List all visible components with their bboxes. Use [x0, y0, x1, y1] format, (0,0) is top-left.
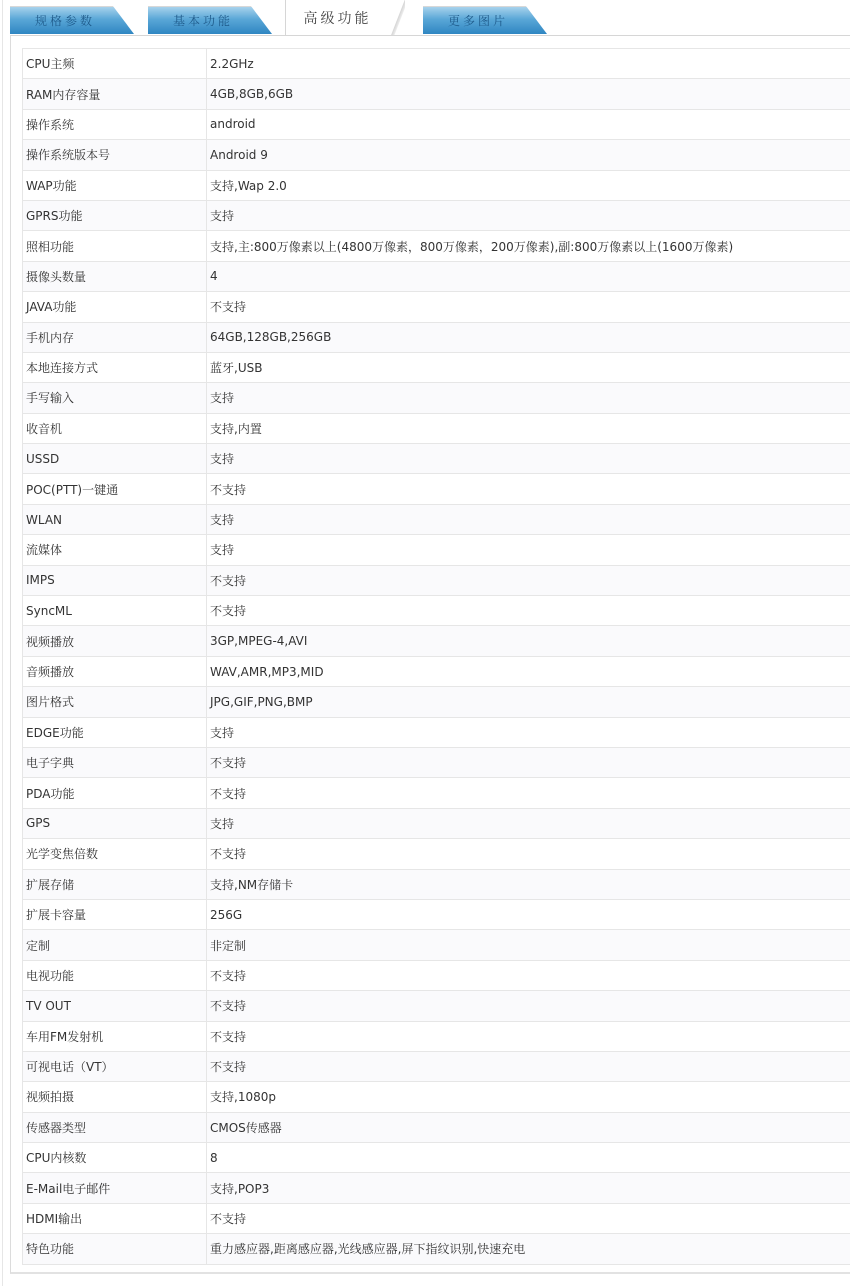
table-row: GPS支持 [23, 808, 850, 838]
spec-key: WAP功能 [23, 170, 207, 200]
spec-key: 手机内存 [23, 322, 207, 352]
spec-key: CPU内核数 [23, 1143, 207, 1173]
spec-key: TV OUT [23, 991, 207, 1021]
spec-key: JAVA功能 [23, 292, 207, 322]
spec-key: GPRS功能 [23, 200, 207, 230]
spec-key: 定制 [23, 930, 207, 960]
spec-key: 可视电话（VT） [23, 1051, 207, 1081]
spec-value: 非定制 [207, 930, 850, 960]
spec-key: PDA功能 [23, 778, 207, 808]
spec-value: 不支持 [207, 596, 850, 626]
spec-value: 不支持 [207, 474, 850, 504]
table-row: 特色功能重力感应器,距离感应器,光线感应器,屏下指纹识别,快速充电 [23, 1234, 850, 1264]
spec-value: 支持,主:800万像素以上(4800万像素，800万像素，200万像素),副:8… [207, 231, 850, 261]
table-row: 可视电话（VT）不支持 [23, 1051, 850, 1081]
spec-key: USSD [23, 444, 207, 474]
spec-value: 支持,POP3 [207, 1173, 850, 1203]
spec-value: 支持,1080p [207, 1082, 850, 1112]
table-row: TV OUT不支持 [23, 991, 850, 1021]
table-row: PDA功能不支持 [23, 778, 850, 808]
spec-value: 不支持 [207, 960, 850, 990]
spec-key: 扩展卡容量 [23, 899, 207, 929]
table-row: RAM内存容量4GB,8GB,6GB [23, 79, 850, 109]
tab-more-images[interactable]: 更多图片 [423, 6, 547, 34]
spec-value: 3GP,MPEG-4,AVI [207, 626, 850, 656]
table-row: E-Mail电子邮件支持,POP3 [23, 1173, 850, 1203]
spec-key: HDMI输出 [23, 1203, 207, 1233]
spec-key: 手写输入 [23, 383, 207, 413]
spec-key: GPS [23, 808, 207, 838]
table-row: WLAN支持 [23, 504, 850, 534]
table-row: 视频播放3GP,MPEG-4,AVI [23, 626, 850, 656]
spec-key: 扩展存储 [23, 869, 207, 899]
spec-key: 操作系统版本号 [23, 140, 207, 170]
tab-label: 基本功能 [173, 12, 233, 29]
table-row: 流媒体支持 [23, 535, 850, 565]
spec-value: 不支持 [207, 565, 850, 595]
spec-value: 4GB,8GB,6GB [207, 79, 850, 109]
spec-value: 不支持 [207, 1021, 850, 1051]
spec-key: 视频拍摄 [23, 1082, 207, 1112]
table-row: 视频拍摄支持,1080p [23, 1082, 850, 1112]
spec-key: 音频播放 [23, 656, 207, 686]
spec-value: 不支持 [207, 1203, 850, 1233]
spec-key: 本地连接方式 [23, 352, 207, 382]
spec-key: IMPS [23, 565, 207, 595]
table-row: 扩展卡容量256G [23, 899, 850, 929]
spec-value: 8 [207, 1143, 850, 1173]
spec-value: 不支持 [207, 292, 850, 322]
spec-key: 电视功能 [23, 960, 207, 990]
spec-key: CPU主频 [23, 49, 207, 79]
table-row: 操作系统android [23, 109, 850, 139]
table-row: 手机内存64GB,128GB,256GB [23, 322, 850, 352]
spec-value: 支持 [207, 383, 850, 413]
spec-key: 特色功能 [23, 1234, 207, 1264]
spec-key: SyncML [23, 596, 207, 626]
table-row: 手写输入支持 [23, 383, 850, 413]
spec-key: 摄像头数量 [23, 261, 207, 291]
table-row: 扩展存储支持,NM存储卡 [23, 869, 850, 899]
table-row: SyncML不支持 [23, 596, 850, 626]
table-row: 收音机支持,内置 [23, 413, 850, 443]
spec-key: 车用FM发射机 [23, 1021, 207, 1051]
spec-key: EDGE功能 [23, 717, 207, 747]
spec-value: 不支持 [207, 1051, 850, 1081]
spec-key: 传感器类型 [23, 1112, 207, 1142]
table-row: JAVA功能不支持 [23, 292, 850, 322]
table-row: 车用FM发射机不支持 [23, 1021, 850, 1051]
spec-value: android [207, 109, 850, 139]
spec-value: CMOS传感器 [207, 1112, 850, 1142]
spec-value: WAV,AMR,MP3,MID [207, 656, 850, 686]
spec-key: 视频播放 [23, 626, 207, 656]
spec-value: 支持,Wap 2.0 [207, 170, 850, 200]
spec-value: 64GB,128GB,256GB [207, 322, 850, 352]
table-row: 定制非定制 [23, 930, 850, 960]
spec-key: WLAN [23, 504, 207, 534]
table-row: POC(PTT)一键通不支持 [23, 474, 850, 504]
table-row: IMPS不支持 [23, 565, 850, 595]
spec-value: 支持 [207, 808, 850, 838]
spec-value: 支持 [207, 717, 850, 747]
table-row: 本地连接方式蓝牙,USB [23, 352, 850, 382]
spec-value: 256G [207, 899, 850, 929]
spec-key: POC(PTT)一键通 [23, 474, 207, 504]
table-row: GPRS功能支持 [23, 200, 850, 230]
spec-key: 流媒体 [23, 535, 207, 565]
tab-basic-features[interactable]: 基本功能 [148, 6, 272, 34]
spec-value: 支持 [207, 444, 850, 474]
spec-value: 2.2GHz [207, 49, 850, 79]
spec-value: 支持,NM存储卡 [207, 869, 850, 899]
spec-key: 图片格式 [23, 687, 207, 717]
table-row: 操作系统版本号Android 9 [23, 140, 850, 170]
tab-label: 规格参数 [35, 12, 95, 29]
table-row: EDGE功能支持 [23, 717, 850, 747]
spec-value: 4 [207, 261, 850, 291]
table-row: CPU内核数8 [23, 1143, 850, 1173]
spec-value: Android 9 [207, 140, 850, 170]
spec-value: 支持,内置 [207, 413, 850, 443]
table-row: 电视功能不支持 [23, 960, 850, 990]
spec-value: 不支持 [207, 778, 850, 808]
spec-value: JPG,GIF,PNG,BMP [207, 687, 850, 717]
spec-key: E-Mail电子邮件 [23, 1173, 207, 1203]
table-row: CPU主频2.2GHz [23, 49, 850, 79]
spec-key: RAM内存容量 [23, 79, 207, 109]
table-row: 光学变焦倍数不支持 [23, 839, 850, 869]
spec-value: 不支持 [207, 991, 850, 1021]
tab-label: 更多图片 [448, 12, 508, 29]
table-row: 传感器类型CMOS传感器 [23, 1112, 850, 1142]
spec-value: 支持 [207, 504, 850, 534]
spec-key: 光学变焦倍数 [23, 839, 207, 869]
spec-table: CPU主频2.2GHzRAM内存容量4GB,8GB,6GB操作系统android… [22, 48, 850, 1265]
table-row: HDMI输出不支持 [23, 1203, 850, 1233]
table-row: WAP功能支持,Wap 2.0 [23, 170, 850, 200]
spec-key: 收音机 [23, 413, 207, 443]
spec-value: 不支持 [207, 747, 850, 777]
table-row: 摄像头数量4 [23, 261, 850, 291]
table-row: USSD支持 [23, 444, 850, 474]
table-row: 图片格式JPG,GIF,PNG,BMP [23, 687, 850, 717]
tab-label: 高级功能 [304, 8, 372, 28]
spec-value: 不支持 [207, 839, 850, 869]
page-left-border [2, 0, 3, 1286]
spec-value: 支持 [207, 535, 850, 565]
table-row: 照相功能支持,主:800万像素以上(4800万像素，800万像素，200万像素)… [23, 231, 850, 261]
tab-advanced-features[interactable]: 高级功能 [285, 0, 405, 36]
spec-value: 蓝牙,USB [207, 352, 850, 382]
spec-value: 支持 [207, 200, 850, 230]
spec-key: 操作系统 [23, 109, 207, 139]
tab-bar: 规格参数 基本功能 高级功能 更多图片 [0, 0, 850, 36]
tab-specs[interactable]: 规格参数 [10, 6, 134, 34]
spec-key: 电子字典 [23, 747, 207, 777]
spec-value: 重力感应器,距离感应器,光线感应器,屏下指纹识别,快速充电 [207, 1234, 850, 1264]
spec-key: 照相功能 [23, 231, 207, 261]
table-row: 电子字典不支持 [23, 747, 850, 777]
table-row: 音频播放WAV,AMR,MP3,MID [23, 656, 850, 686]
